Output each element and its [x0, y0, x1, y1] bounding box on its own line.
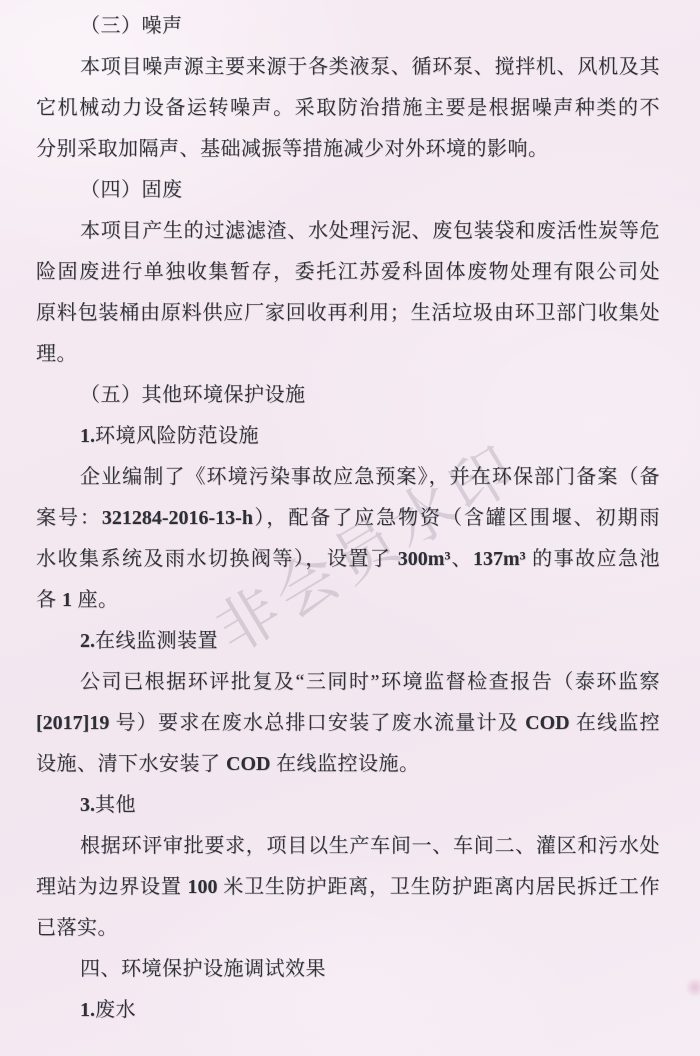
subheading-2-online-monitoring: 2.在线监测装置 — [36, 621, 660, 662]
heading-section4-solid-waste: （四）固废 — [36, 170, 660, 211]
paragraph-solid-waste-line-2: 险固废进行单独收集暂存，委托江苏爱科固体废物处理有限公司处置； — [36, 252, 660, 293]
paragraph-env-risk-line-3: 水收集系统及雨水切换阀等），设置了 300m³、137m³ 的事故应急池 — [36, 539, 660, 580]
paragraph-noise-line-1: 本项目噪声源主要来源于各类液泵、循环泵、搅拌机、风机及其 — [36, 47, 660, 88]
heading-part4-debug-effect: 四、环境保护设施调试效果 — [36, 949, 660, 990]
paragraph-solid-waste-line-3: 原料包装桶由原料供应厂家回收再利用；生活垃圾由环卫部门收集处 — [36, 293, 660, 334]
subheading-1-env-risk-prevention: 1.环境风险防范设施 — [36, 416, 660, 457]
paragraph-monitoring-line-3: 设施、清下水安装了 COD 在线监控设施。 — [36, 744, 660, 785]
paragraph-noise-line-2: 它机械动力设备运转噪声。采取防治措施主要是根据噪声种类的不同， — [36, 88, 660, 129]
paragraph-noise-line-3: 分别采取加隔声、基础减振等措施减少对外环境的影响。 — [36, 129, 660, 170]
paragraph-other-line-3: 已落实。 — [36, 908, 660, 949]
paragraph-solid-waste-line-1: 本项目产生的过滤滤渣、水处理污泥、废包装袋和废活性炭等危 — [36, 211, 660, 252]
heading-section5-other-facilities: （五）其他环境保护设施 — [36, 375, 660, 416]
subheading-1-wastewater: 1.废水 — [36, 990, 660, 1031]
paragraph-env-risk-line-4: 各 1 座。 — [36, 580, 660, 621]
document-body: （三）噪声 本项目噪声源主要来源于各类液泵、循环泵、搅拌机、风机及其 它机械动力… — [36, 6, 660, 1031]
paragraph-monitoring-line-1: 公司已根据环评批复及“三同时”环境监督检查报告（泰环监察 — [36, 662, 660, 703]
document-page: 非会员水印 （三）噪声 本项目噪声源主要来源于各类液泵、循环泵、搅拌机、风机及其… — [0, 0, 700, 1056]
subheading-3-other: 3.其他 — [36, 785, 660, 826]
heading-section3-noise: （三）噪声 — [36, 6, 660, 47]
paragraph-monitoring-line-2: [2017]19 号）要求在废水总排口安装了废水流量计及 COD 在线监控 — [36, 703, 660, 744]
paragraph-solid-waste-line-4: 理。 — [36, 334, 660, 375]
paragraph-other-line-2: 理站为边界设置 100 米卫生防护距离，卫生防护距离内居民拆迁工作 — [36, 867, 660, 908]
paragraph-other-line-1: 根据环评审批要求，项目以生产车间一、车间二、灌区和污水处 — [36, 826, 660, 867]
paragraph-env-risk-line-1: 企业编制了《环境污染事故应急预案》，并在环保部门备案（备 — [36, 457, 660, 498]
paragraph-env-risk-line-2: 案号：321284-2016-13-h），配备了应急物资（含罐区围堰、初期雨 — [36, 498, 660, 539]
